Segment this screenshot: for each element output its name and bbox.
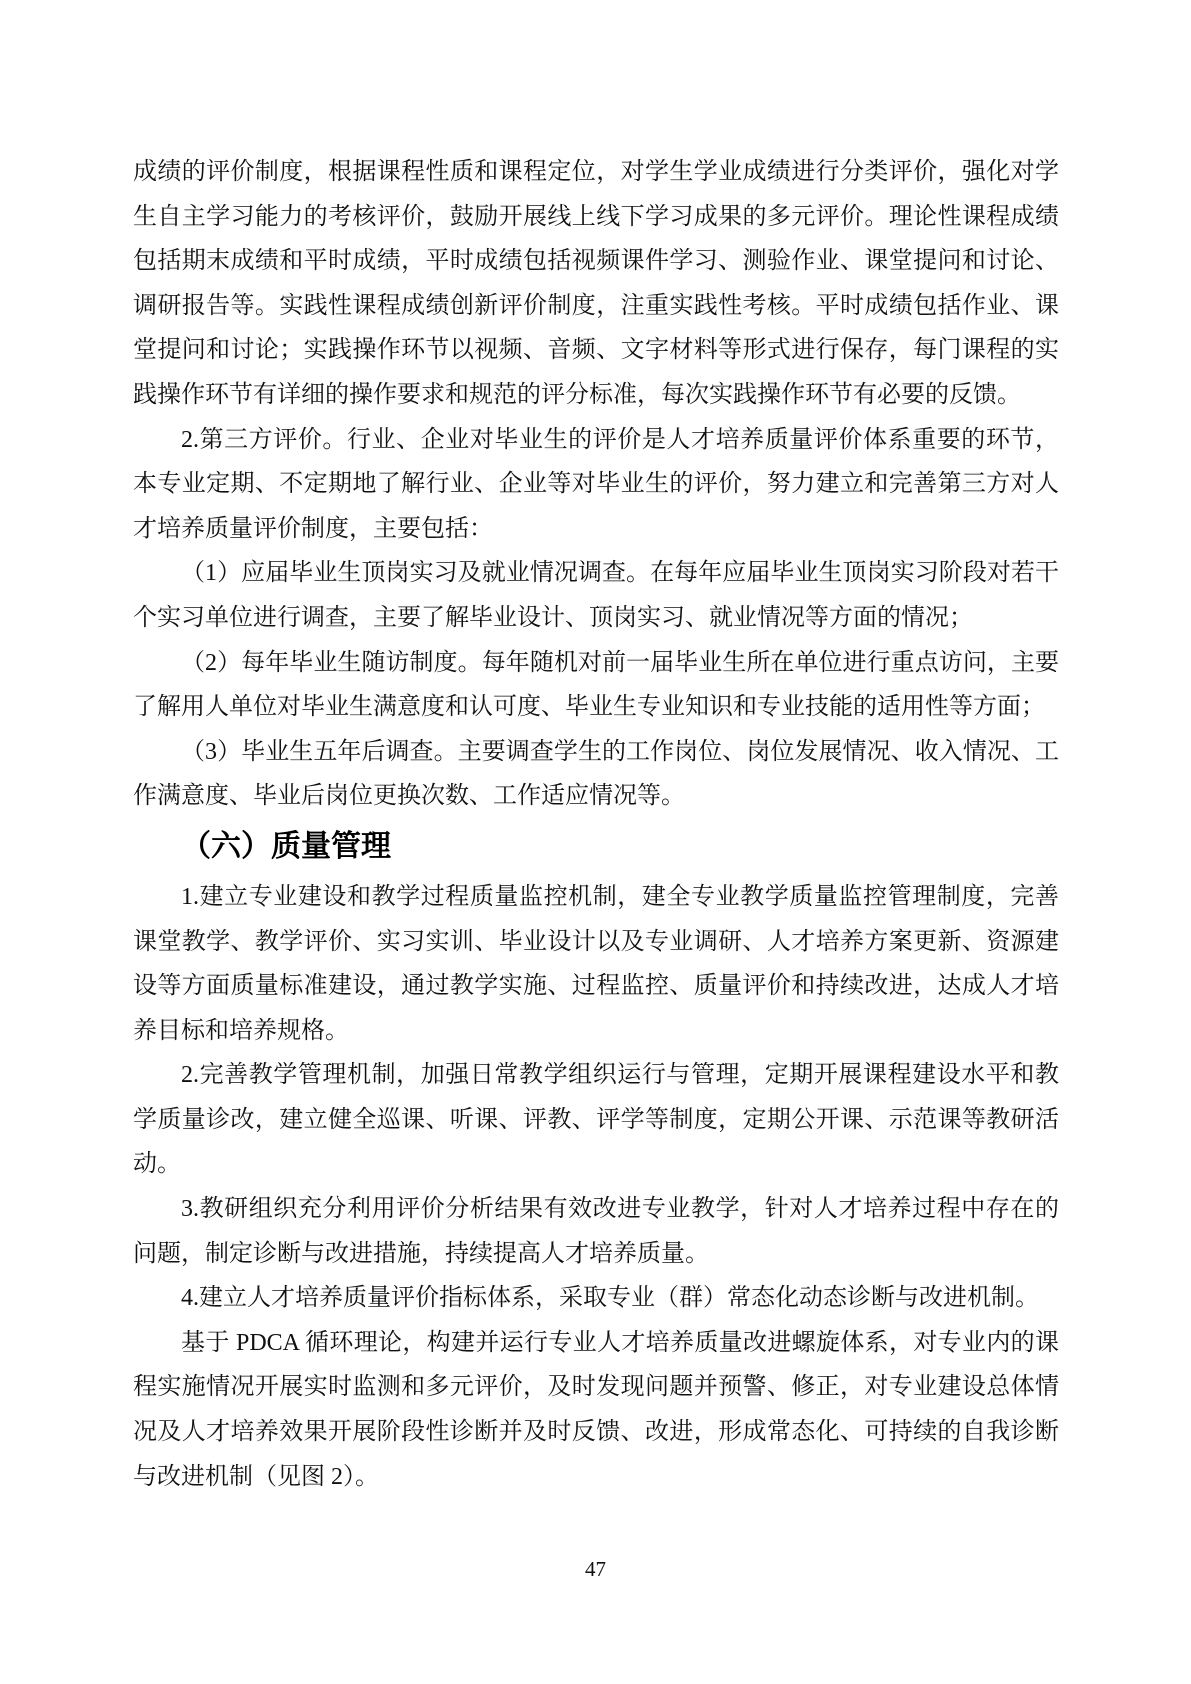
page-number: 47 [0,1556,1191,1582]
paragraph: 1.建立专业建设和教学过程质量监控机制，建全专业教学质量监控管理制度，完善课堂教… [133,875,1059,1053]
paragraph: 2.第三方评价。行业、企业对毕业生的评价是人才培养质量评价体系重要的环节，本专业… [133,418,1059,552]
document-page: 成绩的评价制度，根据课程性质和课程定位，对学生学业成绩进行分类评价，强化对学生自… [0,0,1191,1684]
paragraph: 基于 PDCA 循环理论，构建并运行专业人才培养质量改进螺旋体系，对专业内的课程… [133,1321,1059,1499]
paragraph: （1）应届毕业生顶岗实习及就业情况调查。在每年应届毕业生顶岗实习阶段对若干个实习… [133,551,1059,640]
paragraph: 4.建立人才培养质量评价指标体系，采取专业（群）常态化动态诊断与改进机制。 [133,1276,1059,1321]
paragraph: （2）每年毕业生随访制度。每年随机对前一届毕业生所在单位进行重点访问，主要了解用… [133,641,1059,730]
paragraph: 成绩的评价制度，根据课程性质和课程定位，对学生学业成绩进行分类评价，强化对学生自… [133,150,1059,418]
paragraph: 2.完善教学管理机制，加强日常教学组织运行与管理，定期开展课程建设水平和教学质量… [133,1053,1059,1187]
body-text: 成绩的评价制度，根据课程性质和课程定位，对学生学业成绩进行分类评价，强化对学生自… [133,150,1059,1499]
paragraph: 3.教研组织充分利用评价分析结果有效改进专业教学，针对人才培养过程中存在的问题，… [133,1187,1059,1276]
paragraph: （3）毕业生五年后调查。主要调查学生的工作岗位、岗位发展情况、收入情况、工作满意… [133,730,1059,819]
section-heading: （六）质量管理 [133,819,1059,875]
